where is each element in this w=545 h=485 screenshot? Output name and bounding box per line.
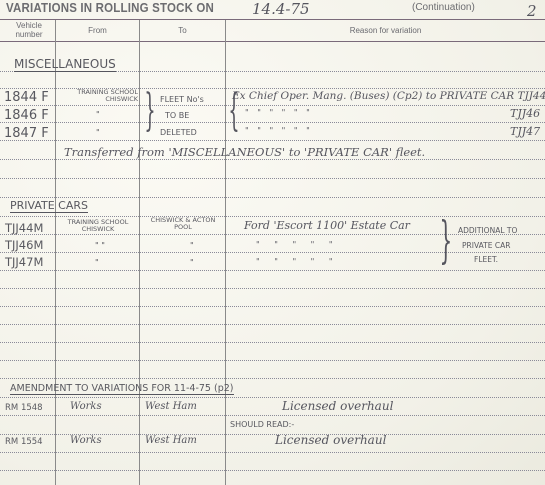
- row-line: [0, 306, 545, 307]
- header-top-rule: [0, 19, 545, 20]
- vehicle-number: TJJ46M: [5, 238, 43, 252]
- col-header-vehicle: Vehicle number: [6, 21, 52, 39]
- reason-text: Ex Chief Oper. Mang. (Buses) (Cp2) to PR…: [232, 90, 545, 102]
- row-line: [0, 324, 545, 325]
- ditto-mark: ": [96, 110, 100, 119]
- from-location: TRAINING SCHOOL CHISWICK: [62, 89, 138, 103]
- row-line: [0, 452, 545, 453]
- col-header-from: From: [56, 26, 139, 35]
- ditto-mark: ": [95, 258, 99, 267]
- to-note: TO BE: [165, 111, 189, 120]
- row-line: [0, 252, 545, 253]
- reason-end: TJJ47: [510, 125, 540, 138]
- continuation-label: (Continuation): [412, 2, 475, 13]
- form-date: 14.4-75: [252, 0, 310, 18]
- row-line: [0, 470, 545, 471]
- to-location: West Ham: [145, 435, 197, 446]
- section-heading-amendment: AMENDMENT TO VARIATIONS FOR 11-4-75 (p2): [10, 383, 234, 395]
- column-divider: [139, 20, 140, 485]
- header-bottom-rule: [0, 41, 545, 42]
- vehicle-number: TJJ47M: [5, 255, 43, 269]
- row-line: [0, 105, 545, 106]
- row-line: [0, 397, 545, 398]
- to-note: FLEET No's: [160, 95, 204, 104]
- page-number: 2: [527, 2, 537, 20]
- from-location: Works: [70, 435, 102, 446]
- additional-note: FLEET.: [474, 255, 498, 264]
- section-heading-private-cars: PRIVATE CARS: [10, 199, 88, 213]
- row-line: [0, 140, 545, 141]
- row-line: [0, 360, 545, 361]
- reason-text: Ford 'Escort 1100' Estate Car: [244, 219, 410, 232]
- ditto-mark: " ": [95, 241, 105, 250]
- row-line: [0, 178, 545, 179]
- rolling-stock-form: VARIATIONS IN ROLLING STOCK ON 14.4-75 (…: [0, 0, 545, 485]
- reason-text: Licensed overhaul: [275, 433, 386, 447]
- brace: }: [440, 212, 453, 268]
- row-line: [0, 122, 545, 123]
- transfer-note: Transferred from 'MISCELLANEOUS' to 'PRI…: [64, 145, 425, 159]
- ditto-marks: " " " " " ": [245, 108, 313, 117]
- vehicle-number: RM 1548: [5, 403, 43, 413]
- vehicle-number: 1844 F: [4, 90, 49, 105]
- section-heading-miscellaneous: MISCELLANEOUS: [14, 57, 116, 72]
- vehicle-number: TJJ44M: [5, 221, 43, 235]
- vehicle-number: 1846 F: [4, 108, 49, 123]
- ditto-mark: ": [190, 241, 194, 250]
- additional-note: PRIVATE CAR: [462, 241, 510, 250]
- to-location: CHISWICK & ACTON POOL: [142, 217, 224, 231]
- to-location: West Ham: [145, 401, 197, 412]
- ditto-mark: ": [190, 258, 194, 267]
- ditto-marks: " " " " " ": [245, 126, 313, 135]
- reason-end: TJJ46: [510, 107, 540, 120]
- row-line: [0, 288, 545, 289]
- reason-text: Licensed overhaul: [282, 399, 393, 413]
- ditto-marks: " " " " ": [256, 240, 339, 249]
- to-note: DELETED: [160, 128, 197, 137]
- from-location: TRAINING SCHOOL CHISWICK: [58, 219, 138, 233]
- vehicle-number: 1847 F: [4, 126, 49, 141]
- row-line: [0, 378, 545, 379]
- row-line: [0, 197, 545, 198]
- form-title: VARIATIONS IN ROLLING STOCK ON: [6, 1, 214, 15]
- row-line: [0, 159, 545, 160]
- vehicle-number: RM 1554: [5, 437, 43, 447]
- column-divider: [55, 20, 56, 485]
- row-line: [0, 216, 545, 217]
- should-read-label: SHOULD READ:-: [230, 420, 294, 429]
- column-divider: [225, 20, 226, 485]
- ditto-marks: " " " " ": [256, 257, 339, 266]
- row-line: [0, 342, 545, 343]
- col-header-reason: Reason for variation: [226, 26, 545, 35]
- row-line: [0, 270, 545, 271]
- ditto-mark: ": [96, 128, 100, 137]
- col-header-to: To: [140, 26, 225, 35]
- from-location: Works: [70, 401, 102, 412]
- brace: }: [144, 86, 155, 136]
- additional-note: ADDITIONAL TO: [458, 226, 517, 235]
- row-line: [0, 415, 545, 416]
